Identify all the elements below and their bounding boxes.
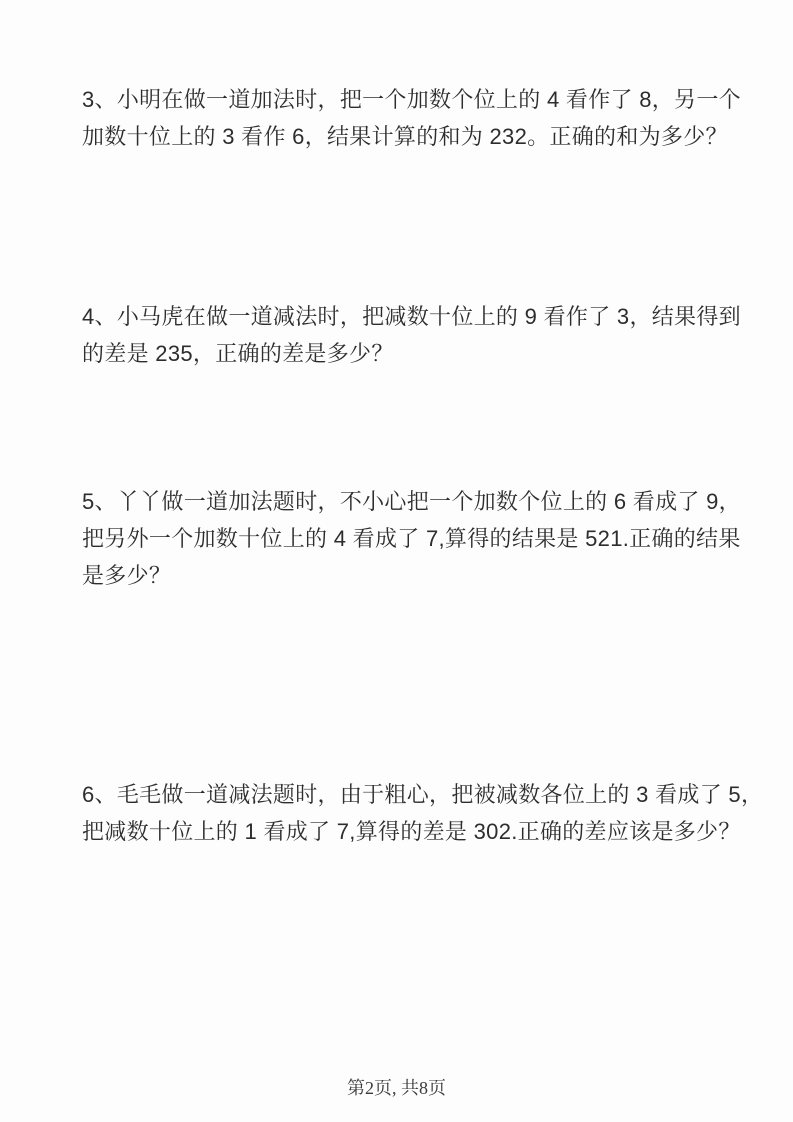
worksheet-page: 3、小明在做一道加法时，把一个加数个位上的 4 看作了 8，另一个 加数十位上的… xyxy=(0,0,793,1122)
problem-5-line-3: 是多少？ xyxy=(82,557,742,594)
problem-4-line-1: 4、小马虎在做一道减法时，把减数十位上的 9 看作了 3，结果得到 xyxy=(82,298,742,335)
problem-6-line-1: 6、毛毛做一道减法题时，由于粗心，把被减数各位上的 3 看成了 5， xyxy=(82,776,742,813)
problem-6-line-2: 把减数十位上的 1 看成了 7,算得的差是 302.正确的差应该是多少？ xyxy=(82,813,742,850)
problem-5-line-2: 把另外一个加数十位上的 4 看成了 7,算得的结果是 521.正确的结果 xyxy=(82,520,742,557)
problem-3-line-1: 3、小明在做一道加法时，把一个加数个位上的 4 看作了 8，另一个 xyxy=(82,81,742,118)
problem-3: 3、小明在做一道加法时，把一个加数个位上的 4 看作了 8，另一个 加数十位上的… xyxy=(82,81,742,155)
problem-5-line-1: 5、丫丫做一道加法题时，不小心把一个加数个位上的 6 看成了 9， xyxy=(82,483,742,520)
problem-3-line-2: 加数十位上的 3 看作 6，结果计算的和为 232。正确的和为多少？ xyxy=(82,118,742,155)
page-indicator: 第2页, 共8页 xyxy=(0,1074,793,1100)
problem-4: 4、小马虎在做一道减法时，把减数十位上的 9 看作了 3，结果得到 的差是 23… xyxy=(82,298,742,372)
problem-4-line-2: 的差是 235，正确的差是多少？ xyxy=(82,335,742,372)
problem-5: 5、丫丫做一道加法题时，不小心把一个加数个位上的 6 看成了 9， 把另外一个加… xyxy=(82,483,742,594)
problem-6: 6、毛毛做一道减法题时，由于粗心，把被减数各位上的 3 看成了 5， 把减数十位… xyxy=(82,776,742,850)
